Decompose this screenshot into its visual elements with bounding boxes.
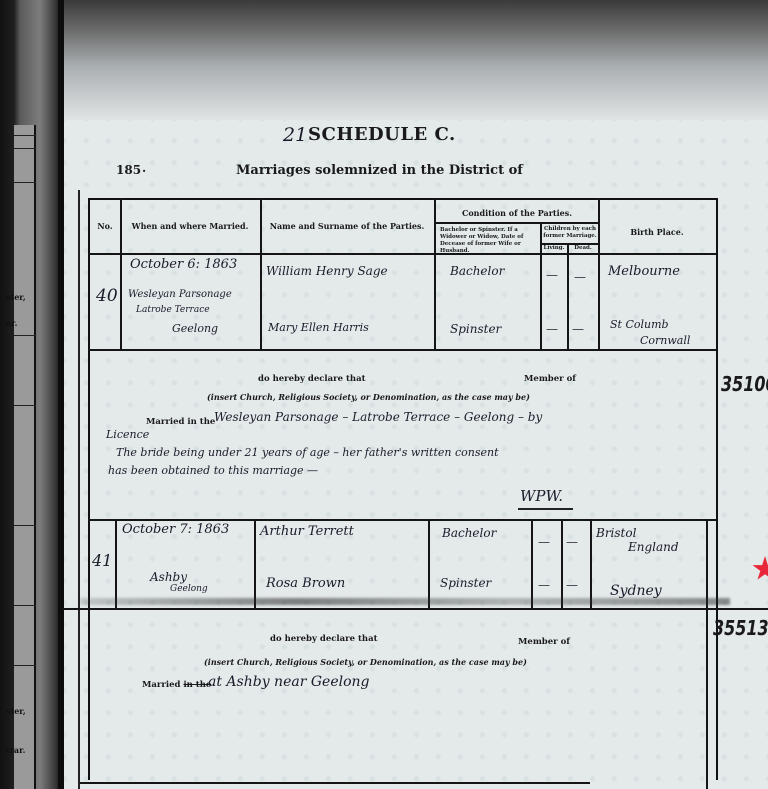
margin-number-41: 35513	[713, 616, 768, 640]
page-subtitle: Marriages solemnized in the District of	[236, 163, 523, 178]
declaration-40-married-label: Married in the	[146, 417, 215, 427]
condition-rule	[434, 222, 599, 224]
entry-41-bride-dead: —	[566, 578, 578, 592]
stub-rule	[14, 665, 36, 666]
entry-40-bride-birthplace-line: Cornwall	[640, 334, 690, 347]
entry-41-bride-condition: Spinster	[440, 576, 491, 590]
entry-40-groom-birthplace: Melbourne	[608, 264, 680, 279]
stub-fragment: trar.	[6, 745, 25, 755]
stub-rule	[14, 525, 36, 526]
col-rule	[115, 519, 117, 609]
entry-41-groom-birthplace-line: England	[628, 540, 679, 554]
stub-rule	[14, 605, 36, 606]
col-rule	[540, 222, 542, 349]
declaration-41-married-label: Married in the	[142, 680, 211, 690]
header-names: Name and Surname of the Parties.	[262, 222, 432, 231]
entry-41-groom: Arthur Terrett	[260, 524, 354, 539]
declaration-40-note-line: The bride being under 21 years of age – …	[116, 446, 499, 459]
stub-strip	[14, 125, 36, 789]
entry-40-place-line: Wesleyan Parsonage	[128, 289, 232, 300]
declaration-40-married-place-cont: Licence	[106, 428, 149, 441]
header-children: Children by each former Marriage.	[543, 226, 597, 240]
declaration-41-married-place: at Ashby near Geelong	[208, 674, 370, 690]
entry-40-place-line: Latrobe Terrace	[136, 305, 210, 315]
col-rule	[120, 198, 122, 349]
page-dot: .	[142, 161, 146, 175]
declaration-41-declare: do hereby declare that	[270, 634, 378, 644]
page-number: 185	[116, 163, 141, 177]
entry-40-number: 40	[96, 286, 118, 306]
entry-40-place-line: Geelong	[172, 322, 218, 335]
declaration-40-married-place: Wesleyan Parsonage – Latrobe Terrace – G…	[214, 410, 542, 424]
entry-41-groom-condition: Bachelor	[442, 526, 496, 540]
col-rule	[706, 519, 708, 789]
header-when-where: When and where Married.	[122, 222, 258, 231]
title-annotation: 21	[283, 124, 307, 146]
declaration-40-initials: WPW.	[520, 487, 563, 505]
margin-rule	[78, 190, 80, 789]
entry-41-groom-dead: —	[566, 535, 578, 549]
header-condition: Condition of the Parties.	[436, 209, 598, 218]
col-rule	[561, 519, 563, 609]
stub-rule	[14, 405, 36, 406]
entry-41-place-line: Geelong	[170, 584, 208, 594]
stub-rule	[14, 335, 36, 336]
col-rule	[598, 198, 600, 349]
header-bottom-rule	[88, 253, 716, 255]
page-title: SCHEDULE C.	[308, 124, 456, 145]
entry-41-groom-birthplace-line: Bristol	[596, 526, 636, 540]
entry-40-bride: Mary Ellen Harris	[268, 321, 369, 334]
col-rule	[590, 519, 592, 609]
declaration-40-declare: do hereby declare that	[258, 374, 366, 384]
header-no: No.	[92, 222, 118, 231]
stub-rule	[14, 182, 36, 183]
entry-40-bride-living: —	[546, 322, 558, 336]
entry-40-bride-birthplace-line: St Columb	[610, 318, 669, 331]
bottom-rule	[80, 782, 590, 784]
margin-number-40: 35100	[721, 372, 768, 396]
entry-41-date: October 7: 1863	[122, 522, 229, 537]
col-rule	[428, 519, 430, 609]
declaration-40-member: Member of	[524, 374, 576, 384]
header-dead: Dead.	[568, 245, 598, 252]
entry-41-bride-living: —	[538, 578, 550, 592]
entry-40-rule	[88, 349, 716, 351]
entry-41-groom-living: —	[538, 535, 550, 549]
stub-rule	[14, 135, 36, 136]
entry-40-date: October 6: 1863	[130, 257, 237, 272]
initials-underline	[518, 508, 573, 510]
entry-40-bride-dead: —	[572, 322, 584, 336]
header-living: Living.	[541, 245, 567, 252]
header-condition-status: Bachelor or Spinster. If a Widower or Wi…	[440, 227, 538, 255]
entry-40-groom-living: —	[546, 268, 558, 282]
stub-fragment: ar.	[6, 318, 17, 328]
entry-40-bride-condition: Spinster	[450, 322, 501, 336]
col-rule	[567, 243, 569, 349]
header-birth-place: Birth Place.	[600, 228, 714, 237]
col-rule	[434, 198, 436, 349]
col-rule	[260, 198, 262, 349]
entry-41-bride: Rosa Brown	[266, 576, 345, 591]
stub-rule	[14, 148, 36, 149]
married-label-text: Married	[142, 680, 180, 690]
col-rule	[254, 519, 256, 609]
col-rule	[531, 519, 533, 609]
entry-41-top-rule	[88, 519, 716, 521]
binding-edge	[58, 0, 64, 789]
register-table	[88, 198, 718, 780]
entry-40-groom-dead: —	[574, 270, 586, 284]
declaration-40-insert: (insert Church, Religious Society, or De…	[207, 392, 530, 402]
declaration-40-note-line: has been obtained to this marriage —	[108, 464, 318, 477]
entry-40-groom: William Henry Sage	[266, 264, 388, 278]
scan-shadow	[60, 0, 768, 120]
entry-41-place-line: Ashby	[150, 570, 187, 584]
declaration-41-insert: (insert Church, Religious Society, or De…	[204, 657, 527, 667]
entry-40-groom-condition: Bachelor	[450, 264, 504, 278]
scan-smudge	[80, 598, 730, 605]
stub-fragment: ster,	[6, 292, 26, 302]
stub-fragment: ster,	[6, 706, 26, 716]
declaration-41-member: Member of	[518, 637, 570, 647]
entry-41-rule	[62, 608, 768, 610]
entry-41-bride-birthplace: Sydney	[610, 583, 662, 599]
entry-41-number: 41	[92, 551, 112, 570]
